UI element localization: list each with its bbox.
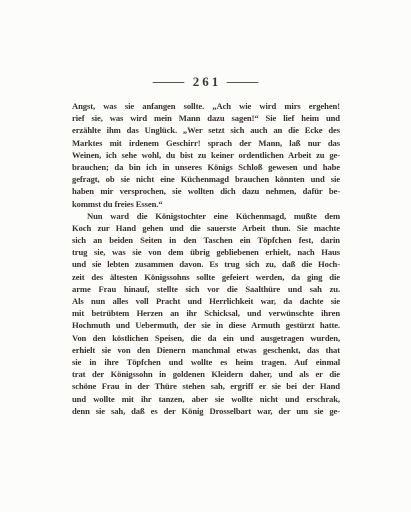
text-line: trug sie, was sie von dem übrig gebliebe… xyxy=(72,246,340,258)
text-line: erzählte ihm das Unglück. „Wer setzt sic… xyxy=(72,124,340,136)
text-line: mit betrübtem Herzen an ihr Schicksal, u… xyxy=(72,307,340,319)
header-dash-left: — xyxy=(153,75,184,89)
text-line: schöne Frau in der Thüre stehen sah, erg… xyxy=(72,380,340,392)
text-line: trat der Königssohn in goldenen Kleidern… xyxy=(72,368,340,380)
text-line: haben mir versprochen, sie wollten dich … xyxy=(72,185,340,197)
text-line: Weinen, ich sehe wohl, du bist zu keiner… xyxy=(72,149,340,161)
text-line: sich an beiden Seiten in den Taschen ein… xyxy=(72,234,340,246)
text-line: arme Frau hinauf, stellte sich vor die S… xyxy=(72,283,340,295)
text-line: und sie lebten zusammen davon. Es trug s… xyxy=(72,258,340,270)
text-line: Nun ward die Königstochter eine Küchenma… xyxy=(72,210,340,222)
text-line: sie in ihre Töpfchen und wollte es heim … xyxy=(72,356,340,368)
book-page: —261— Angst, was sie anfangen sollte. „A… xyxy=(0,0,411,512)
text-line: kommst du freies Essen.“ xyxy=(72,198,340,210)
page-number: 261 xyxy=(193,74,222,90)
text-line: denn sie sah, daß es der König Drosselba… xyxy=(72,405,340,417)
text-line: erhielt sie von den Dienern manchmal etw… xyxy=(72,344,340,356)
page-header: —261— xyxy=(0,74,411,90)
text-line: Von den köstlichen Speisen, die da ein u… xyxy=(72,332,340,344)
text-line: Als nun alles voll Pracht und Herrlichke… xyxy=(72,295,340,307)
text-line: Marktes mit irdenem Geschirr! sprach der… xyxy=(72,137,340,149)
text-line: zeit des ältesten Königssohns sollte gef… xyxy=(72,271,340,283)
text-line: und wollte mit ihr tanzen, aber sie woll… xyxy=(72,393,340,405)
text-line: rief sie, was wird mein Mann dazu sagen!… xyxy=(72,112,340,124)
text-line: Angst, was sie anfangen sollte. „Ach wie… xyxy=(72,100,340,112)
page-text: Angst, was sie anfangen sollte. „Ach wie… xyxy=(72,100,340,417)
text-line: Koch zur Hand gehen und die sauerste Arb… xyxy=(72,222,340,234)
header-dash-right: — xyxy=(227,75,258,89)
text-line: Hochmuth und Uebermuth, der sie in diese… xyxy=(72,319,340,331)
text-line: gefragt, ob sie nicht eine Küchenmagd br… xyxy=(72,173,340,185)
text-line: brauchen; da bin ich in unseres Königs S… xyxy=(72,161,340,173)
